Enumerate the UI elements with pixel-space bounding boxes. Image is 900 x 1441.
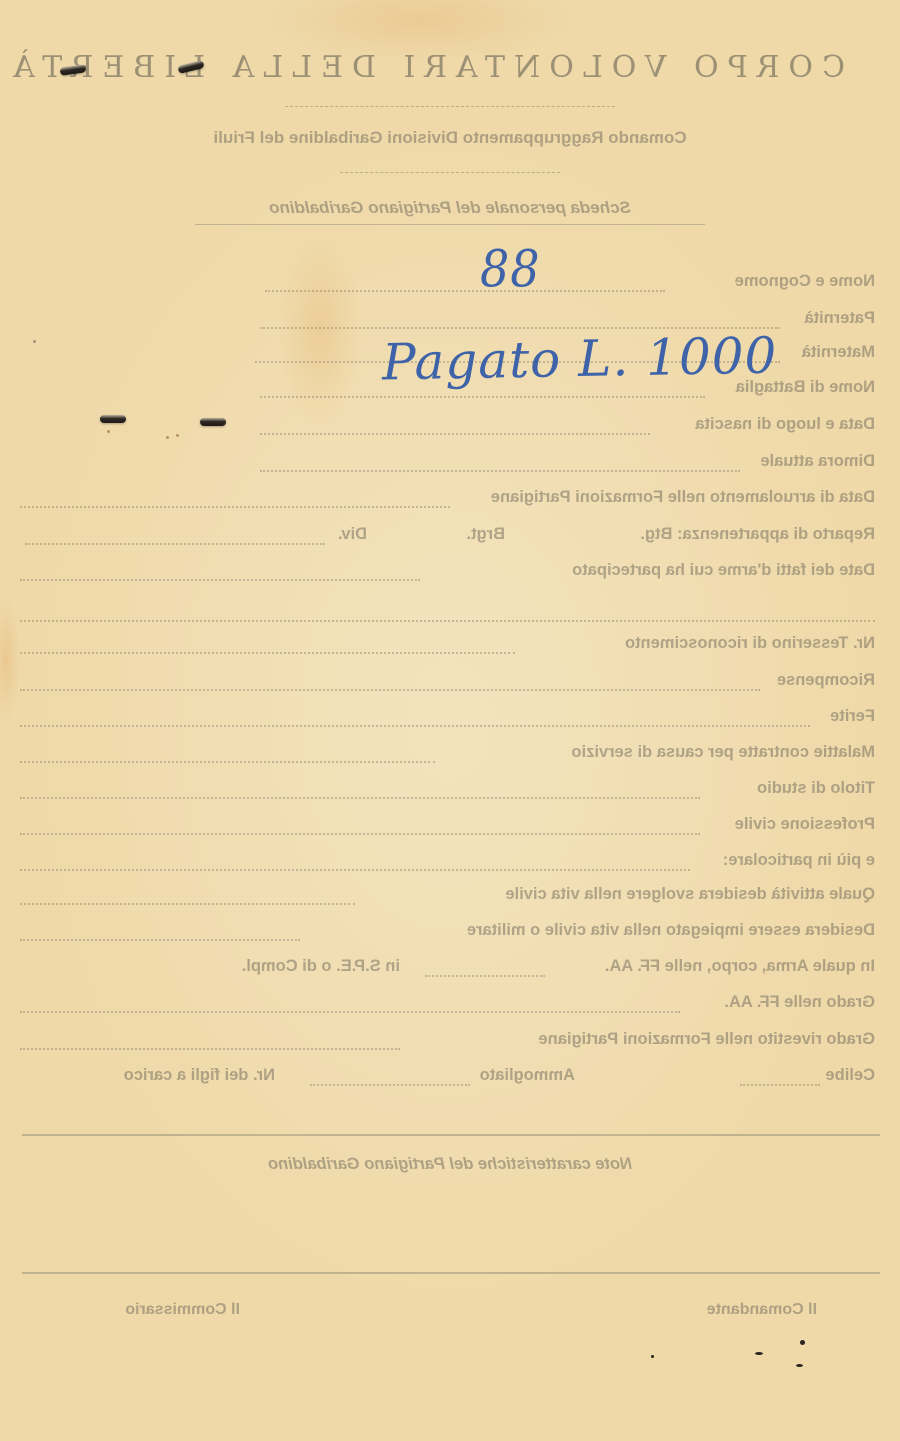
field-label: Malattie contratte per causa di servizio [571,743,875,762]
fill-line [20,939,300,941]
divider [285,106,615,107]
fill-line [740,1084,820,1086]
fill-line [20,903,355,905]
field-label: Celibe [825,1066,875,1085]
form-title-underline [195,224,705,225]
stain [176,434,179,437]
section-divider [22,1272,880,1274]
section-divider [22,1134,880,1136]
field-label: Paternità [804,309,875,328]
divider [340,172,560,173]
field-label: Div. [338,525,367,544]
stain [33,340,36,343]
fill-line [20,797,700,799]
field-label: Ferite [830,707,875,726]
field-label: Nr. Tesserino di riconoscimento [625,634,875,653]
field-label: Date dei fatti d'arme cui ha partecipato [572,561,875,580]
fill-line [20,1048,400,1050]
fill-line [20,761,435,763]
field-label: Nr. dei figli a carico [124,1066,275,1085]
ink-mark [800,1340,805,1345]
field-label: Ammogliato [480,1066,575,1085]
fill-line [20,620,875,622]
document-page: CORPO VOLONTARI DELLA LIBERTÀ Comando Ra… [0,0,900,1441]
fill-line [265,290,665,292]
handwritten-number: 88 [480,239,541,298]
signature-label-commissario: Il Commissario [125,1301,240,1319]
field-label: Grado nelle FF. AA. [724,993,875,1012]
field-label: Maternità [802,343,875,362]
header-subtitle: Comando Raggruppamento Divisioni Garibal… [0,128,900,148]
field-label: Quale attività desidera svolgere nella v… [505,885,875,904]
field-label: Data di arruolamento nelle Formazioni Pa… [491,488,875,507]
staple-mark [200,418,226,426]
signature-label-comandante: Il Comandante [707,1301,817,1319]
field-label: e più in particolare: [723,851,875,870]
fill-line [260,470,740,472]
field-label: Ricompense [777,671,875,690]
fill-line [20,833,700,835]
field-label: Professione civile [735,815,875,834]
fill-line [20,689,760,691]
field-label: Brgt. [467,525,506,544]
form-title: Scheda personale del Partigiano Garibald… [0,198,900,218]
field-label: In quale Arma, corpo, nelle FF. AA. [605,957,875,976]
fill-line [25,543,325,545]
staple-mark [100,415,126,423]
field-label: Nome e Cognome [735,272,875,291]
fill-line [310,1084,470,1086]
ink-mark [651,1355,654,1358]
fill-line [20,579,420,581]
field-label: in S.P.E. o di Compl. [242,957,400,976]
fill-line [20,725,810,727]
fill-line [260,433,650,435]
fill-line [20,869,690,871]
field-label: Grado rivestito nelle Formazioni Partigi… [539,1030,876,1049]
fill-line [260,396,705,398]
handwritten-payment-note: Pagato L. 1000 [382,327,778,392]
ink-mark [755,1352,763,1355]
field-label: Data e luogo di nascita [695,415,875,434]
field-label: Desidera essere impiegato nella vita civ… [467,921,875,940]
fill-line [425,975,545,977]
show-through-print: CORPO VOLONTARI DELLA LIBERTÀ Comando Ra… [0,0,900,1441]
field-label: Reparto di appartenenza: Btg. [640,525,875,544]
ink-mark [796,1364,803,1367]
stain [107,430,110,433]
field-label: Dimora attuale [760,452,875,471]
stain [166,436,169,439]
field-label: Titolo di studio [757,779,875,798]
header-title: CORPO VOLONTARI DELLA LIBERTÀ [55,50,845,85]
fill-line [20,506,450,508]
fill-line [20,652,515,654]
fill-line [20,1011,680,1013]
notes-title: Note caratteristiche del Partigiano Gari… [0,1155,900,1174]
